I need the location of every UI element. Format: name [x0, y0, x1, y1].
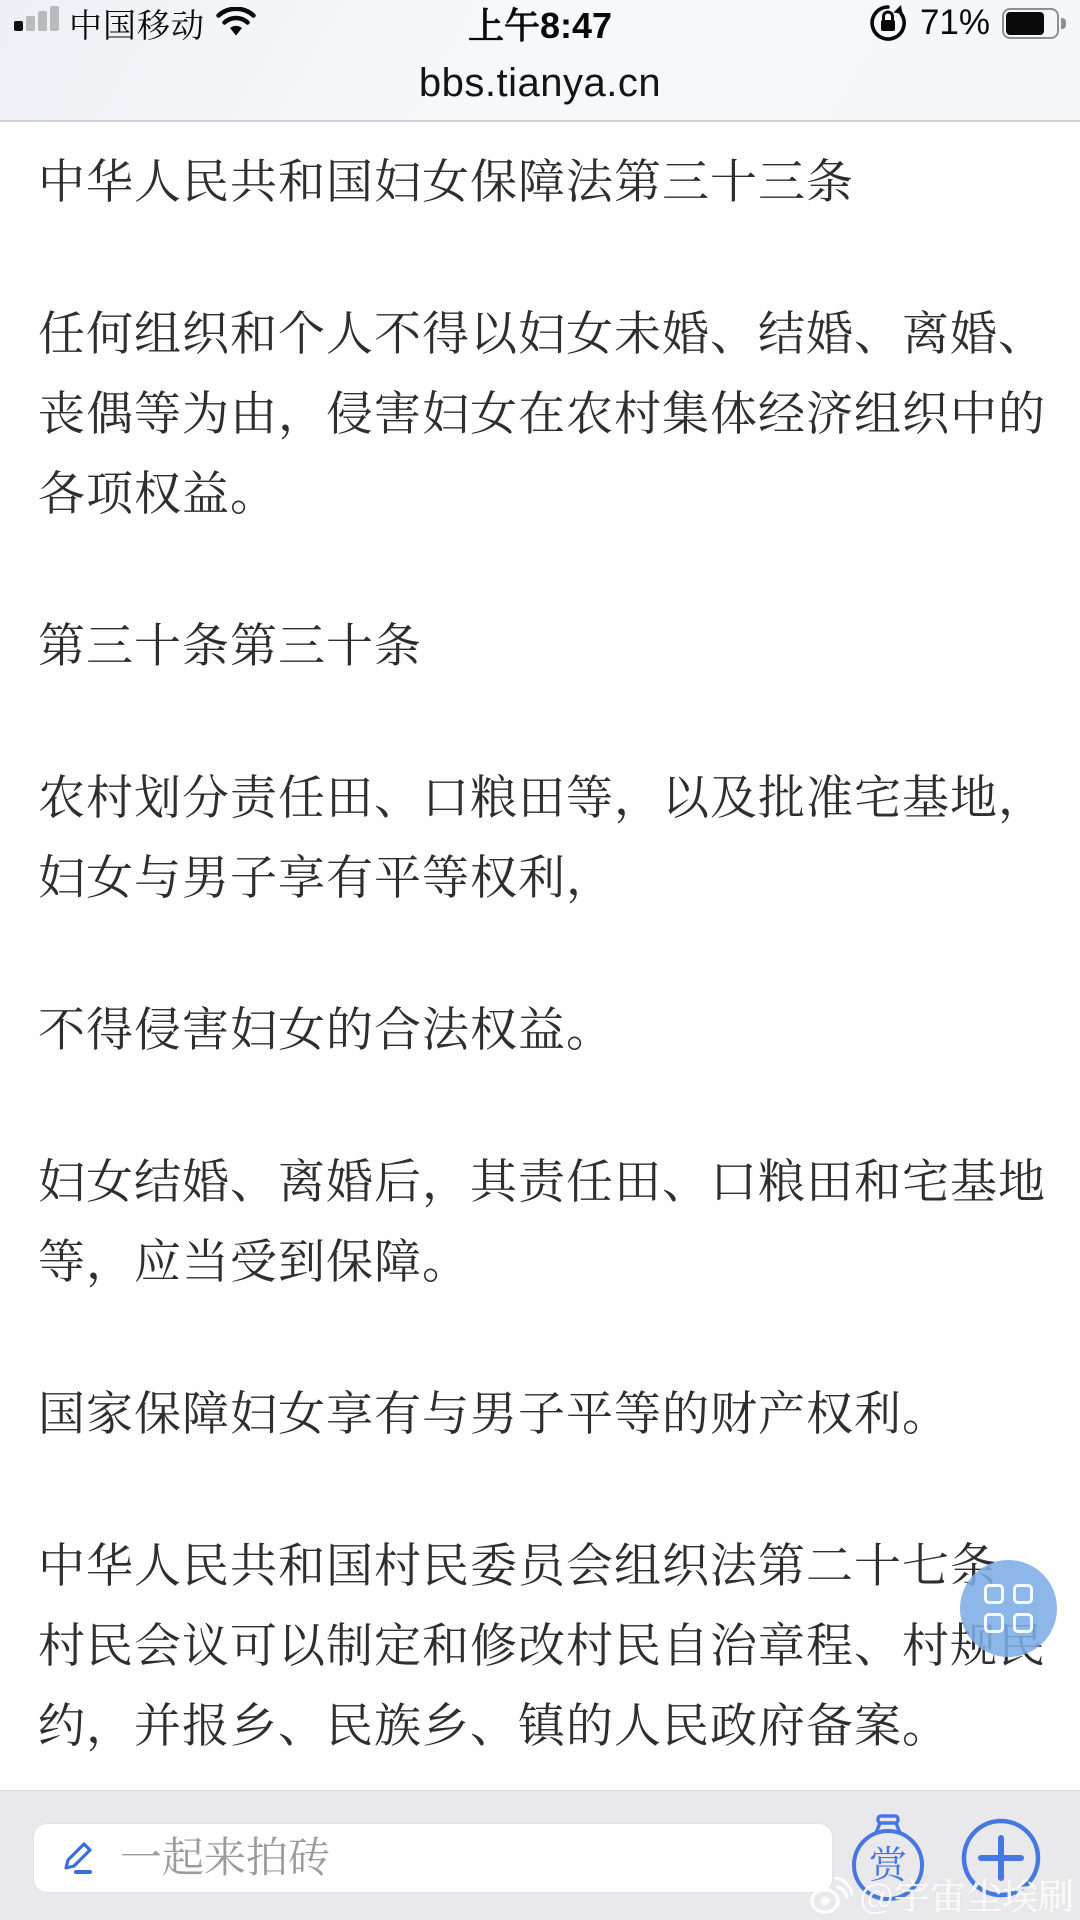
reply-toolbar: 赏 @宇宙尘埃刷 [0, 1790, 1080, 1920]
text-line: 农村划分责任田、口粮田等，以及批准宅基地， [38, 758, 1042, 838]
pencil-icon [54, 1834, 102, 1882]
text-line: 任何组织和个人不得以妇女未婚、结婚、离婚、 [38, 294, 1042, 374]
text-line: 约，并报乡、民族乡、镇的人民政府备案。 [38, 1686, 1042, 1766]
mobile-browser-screen: 中国移动 上午8:47 71% [0, 0, 1080, 1920]
battery-percent-label: 71% [920, 3, 990, 43]
paragraph: 妇女结婚、离婚后，其责任田、口粮田和宅基地 等，应当受到保障。 [38, 1142, 1042, 1302]
browser-top-chrome: 中国移动 上午8:47 71% [0, 0, 1080, 122]
reply-input[interactable] [120, 1834, 812, 1882]
floating-menu-button[interactable] [960, 1560, 1057, 1657]
paragraph: 中华人民共和国村民委员会组织法第二十七条 村民会议可以制定和修改村民自治章程、村… [38, 1526, 1042, 1766]
text-line: 中华人民共和国村民委员会组织法第二十七条 [38, 1526, 1042, 1606]
watermark-text: @宇宙尘埃刷 [859, 1869, 1074, 1920]
text-line: 国家保障妇女享有与男子平等的财产权利。 [38, 1374, 1042, 1454]
status-bar: 中国移动 上午8:47 71% [0, 0, 1080, 46]
paragraph: 任何组织和个人不得以妇女未婚、结婚、离婚、 丧偶等为由，侵害妇女在农村集体经济组… [38, 294, 1042, 534]
orientation-lock-icon [868, 3, 908, 43]
paragraph: 第三十条第三十条 [38, 606, 1042, 686]
text-line: 等，应当受到保障。 [38, 1222, 1042, 1302]
text-line: 村民会议可以制定和修改村民自治章程、村规民 [38, 1606, 1042, 1686]
url-bar[interactable]: bbs.tianya.cn [0, 46, 1080, 120]
status-bar-right: 71% [868, 0, 1066, 46]
grid-icon [984, 1584, 1033, 1633]
paragraph: 中华人民共和国妇女保障法第三十三条 [38, 142, 1042, 222]
url-domain[interactable]: bbs.tianya.cn [419, 61, 661, 106]
text-line: 中华人民共和国妇女保障法第三十三条 [38, 142, 1042, 222]
paragraph: 农村划分责任田、口粮田等，以及批准宅基地， 妇女与男子享有平等权利， [38, 758, 1042, 918]
paragraph: 不得侵害妇女的合法权益。 [38, 990, 1042, 1070]
text-line: 妇女与男子享有平等权利， [38, 838, 1042, 918]
text-line: 丧偶等为由，侵害妇女在农村集体经济组织中的 [38, 374, 1042, 454]
article-body: 中华人民共和国妇女保障法第三十三条 任何组织和个人不得以妇女未婚、结婚、离婚、 … [0, 122, 1080, 1766]
watermark: @宇宙尘埃刷 [809, 1869, 1074, 1920]
text-line: 第三十条第三十条 [38, 606, 1042, 686]
reply-input-box[interactable] [33, 1823, 833, 1893]
paragraph: 国家保障妇女享有与男子平等的财产权利。 [38, 1374, 1042, 1454]
text-line: 不得侵害妇女的合法权益。 [38, 990, 1042, 1070]
battery-icon [1002, 8, 1066, 39]
text-line: 各项权益。 [38, 454, 1042, 534]
text-line: 妇女结婚、离婚后，其责任田、口粮田和宅基地 [38, 1142, 1042, 1222]
weibo-logo-icon [809, 1875, 853, 1915]
